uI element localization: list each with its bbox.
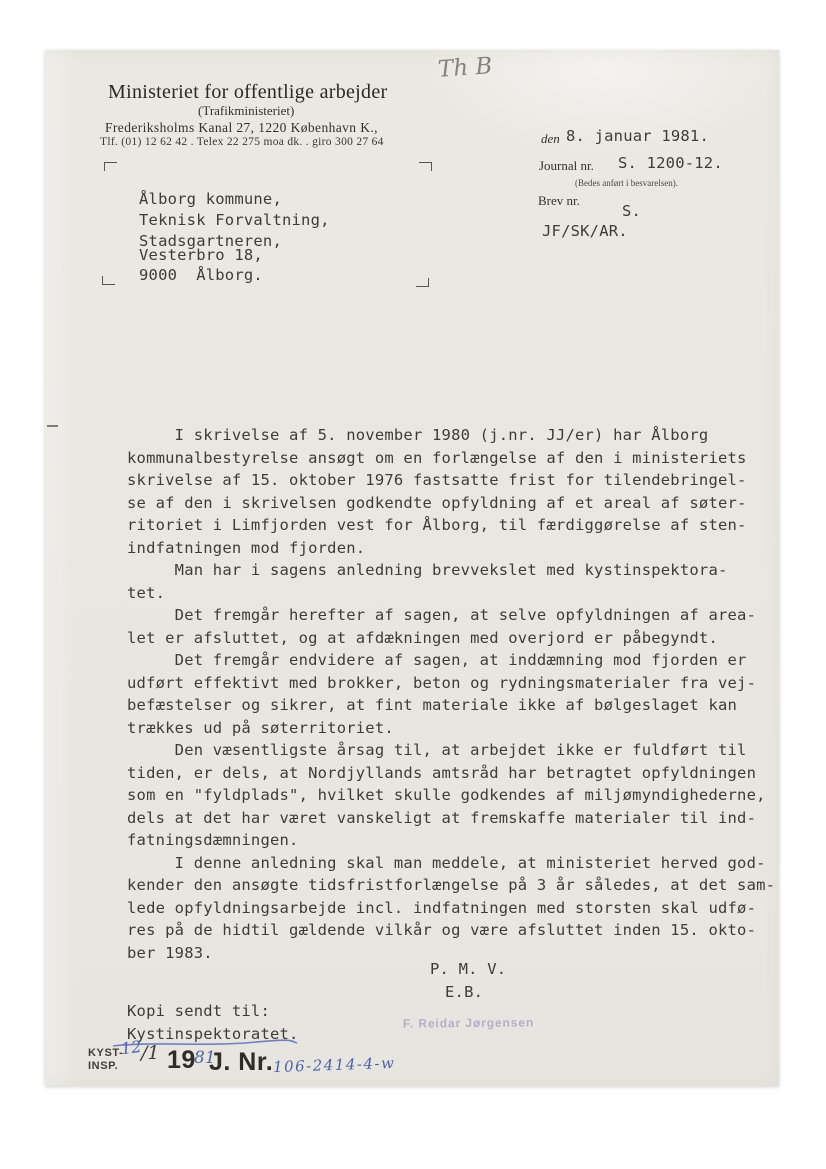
ministry-name: Ministeriet for offentlige arbejder [108,81,387,104]
address-corner-mark-top-right [419,162,432,171]
recipient-line: Ålborg kommune, [139,190,282,208]
ministry-subname: (Trafikministeriet) [198,103,294,119]
date-label: den [541,131,560,147]
address-corner-mark-bottom-left [102,276,115,285]
journal-number-label: Journal nr. [539,158,594,174]
recipient-line: 9000 Ålborg. [139,266,263,284]
ministry-street-address: Frederiksholms Kanal 27, 1220 København … [105,120,378,136]
letter-number-value: S. [622,202,641,220]
letter-number-label: Brev nr. [538,193,580,209]
date-value: 8. januar 1981. [566,127,709,145]
journal-note: (Bedes anført i besvarelsen). [575,178,678,188]
address-corner-mark-bottom-right [416,278,429,287]
scan-background: Th B Ministeriet for offentlige arbejder… [0,0,826,1169]
signer-name-stamp: F. Reidar Jørgensen [403,1015,534,1030]
letter-body: I skrivelse af 5. november 1980 (j.nr. J… [127,424,777,964]
received-stamp-month-mark: /1 [141,1042,160,1064]
received-stamp-day-handwritten: 12 [120,1037,143,1058]
pencil-note: Th B [437,53,493,83]
margin-dash [47,425,58,427]
received-stamp-journal-label: J. Nr. [209,1048,273,1077]
address-corner-mark-top-left [104,162,117,171]
recipient-line: Teknisk Forvaltning, [139,211,330,229]
clerk-initials: JF/SK/AR. [542,222,628,240]
received-stamp-century-printed: 19 [167,1046,196,1075]
received-stamp-org-line1: KYST- [88,1047,123,1059]
received-stamp-org-line2: INSP. [88,1060,118,1072]
journal-number-value: S. 1200-12. [618,154,723,172]
received-stamp-journal-number-handwritten: 106-2414-4-w [273,1054,396,1076]
recipient-line: Vesterbro 18, [139,246,263,264]
copy-sent-label: Kopi sendt til: [127,1002,270,1020]
closing-pmv: P. M. V. [430,960,506,978]
ministry-contact-line: Tlf. (01) 12 62 42 . Telex 22 275 moa dk… [100,136,384,148]
letter-page: Th B Ministeriet for offentlige arbejder… [45,50,779,1086]
closing-eb: E.B. [445,983,483,1001]
